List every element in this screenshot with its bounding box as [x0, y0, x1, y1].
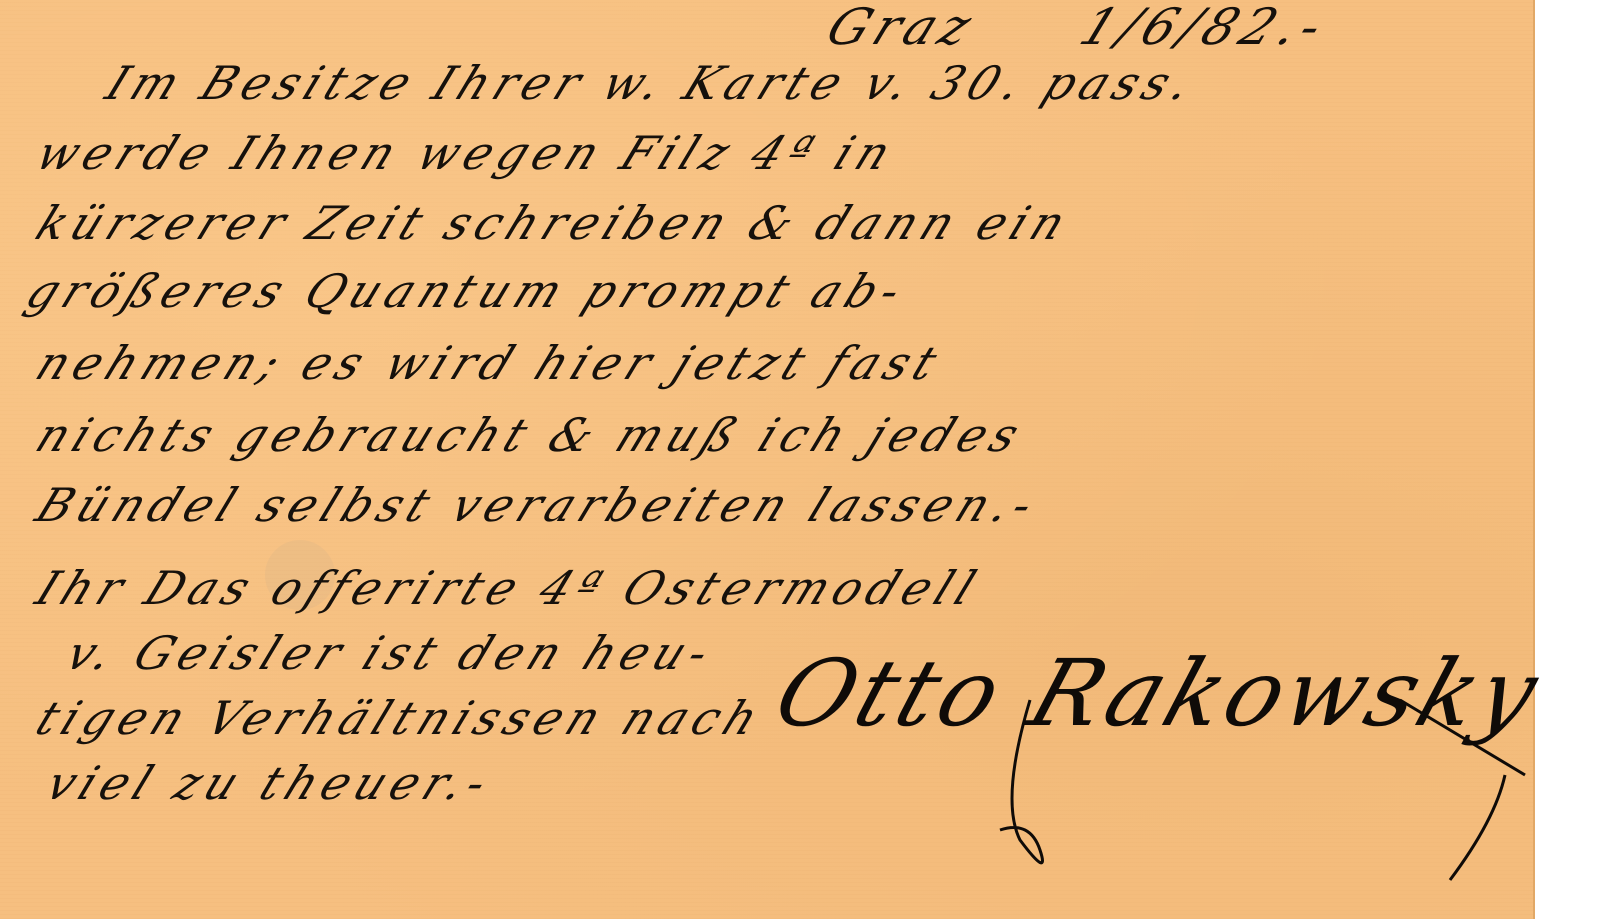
place-and-date: Graz 1/6/82.- [820, 2, 1335, 52]
body-line-2: werde Ihnen wegen Filz 4ª in [30, 130, 903, 176]
date: 1/6/82.- [1072, 0, 1337, 56]
postcard: Graz 1/6/82.- Im Besitze Ihrer w. Karte … [0, 0, 1535, 919]
body-line-11: viel zu theuer.- [40, 760, 500, 806]
signature: Otto Rakowsky [763, 640, 1555, 747]
place: Graz [818, 0, 985, 56]
body-line-9: v. Geisler ist den heu- [60, 630, 722, 676]
body-line-3: kürzerer Zeit schreiben & dann ein [30, 200, 1078, 246]
body-line-4: größeres Quantum prompt ab- [20, 268, 914, 314]
body-line-10: tigen Verhältnissen nach [30, 695, 771, 741]
body-line-1: Im Besitze Ihrer w. Karte v. 30. pass. [100, 60, 1204, 106]
body-line-5: nehmen; es wird hier jetzt fast [30, 340, 949, 386]
body-line-7: Bündel selbst verarbeiten lassen.- [30, 482, 1046, 528]
body-line-6: nichts gebraucht & muß ich jedes [30, 412, 1031, 458]
body-line-8: Ihr Das offerirte 4ª Ostermodell [30, 565, 988, 611]
